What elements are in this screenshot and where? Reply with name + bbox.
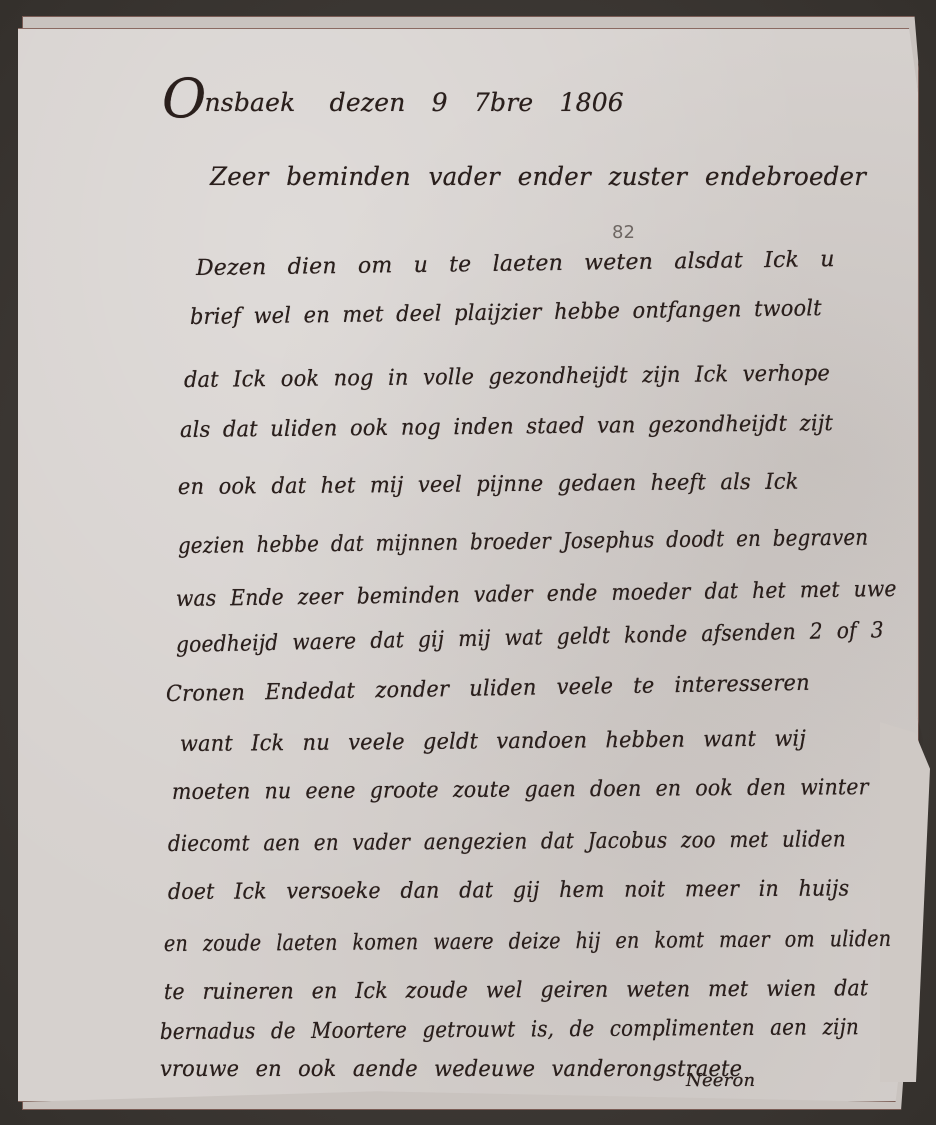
body-line: diecomt aen en vader aengezien dat Jacob… xyxy=(168,827,846,857)
body-line: bernadus de Moortere getrouwt is, de com… xyxy=(160,1015,859,1045)
body-line: was Ende zeer beminden vader ende moeder… xyxy=(176,577,897,612)
body-line: vrouwe en ook aende wedeuwe vanderongstr… xyxy=(160,1057,742,1082)
salutation: Zeer beminden vader ender zuster endebro… xyxy=(210,162,866,191)
body-line: want Ick nu veele geldt vandoen hebben w… xyxy=(180,727,806,757)
place-date-line: Onsbaek dezen 9 7bre 1806 xyxy=(162,72,624,126)
body-line: te ruineren en Ick zoude wel geiren wete… xyxy=(164,976,868,1005)
decorative-initial: O xyxy=(162,67,206,130)
margin-pencil-mark: 82 xyxy=(612,222,635,243)
body-line: goedheijd waere dat gij mij wat geldt ko… xyxy=(176,618,884,658)
place-name: nsbaek xyxy=(204,88,295,117)
body-line: en zoude laeten komen waere deize hij en… xyxy=(164,927,891,957)
body-line: gezien hebbe dat mijnnen broeder Josephu… xyxy=(178,526,869,559)
body-line: Cronen Endedat zonder uliden veele te in… xyxy=(166,671,810,707)
body-line: en ook dat het mij veel pijnne gedaen he… xyxy=(178,470,799,500)
letter-text: Onsbaek dezen 9 7bre 1806 Zeer beminden … xyxy=(0,0,936,1125)
date-text: dezen 9 7bre 1806 xyxy=(330,88,624,117)
body-line: brief wel en met deel plaijzier hebbe on… xyxy=(190,296,822,330)
body-line: doet Ick versoeke dan dat gij hem noit m… xyxy=(168,876,849,905)
signature: Neeron xyxy=(686,1070,755,1091)
body-line: Dezen dien om u te laeten weten alsdat I… xyxy=(196,247,835,281)
body-line: als dat uliden ook nog inden staed van g… xyxy=(180,411,833,443)
body-line: moeten nu eene groote zoute gaen doen en… xyxy=(172,775,869,805)
body-line: dat Ick ook nog in volle gezondheijdt zi… xyxy=(184,361,830,393)
